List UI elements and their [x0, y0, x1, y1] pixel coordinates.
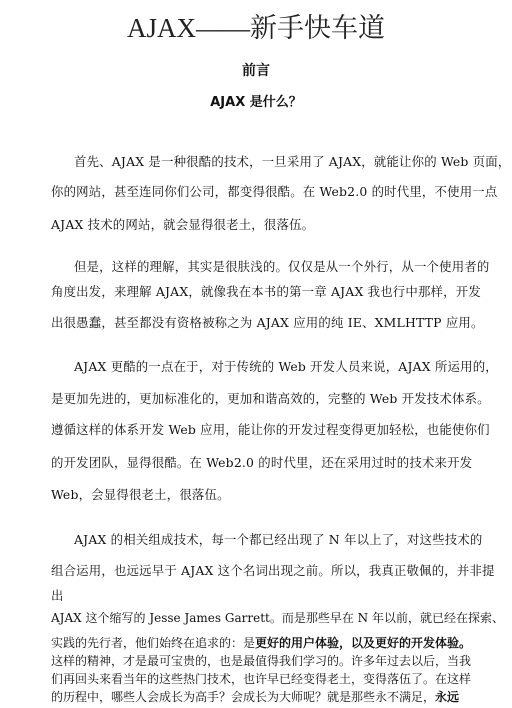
section-heading: 前言	[0, 60, 512, 80]
text-line: 遵循这样的体系开发 Web 应用，能让你的开发过程变得更加轻松，也能使你们	[51, 420, 490, 438]
section-subheading: AJAX 是什么？	[0, 91, 512, 110]
text-line: AJAX 的相关组成技术，每一个都已经出现了 N 年以上了，对这些技术的	[74, 530, 482, 548]
text-line: Web，会显得很老土，很落伍。	[51, 485, 230, 503]
text-line: 你的网站，甚至连同你们公司，都变得很酷。在 Web2.0 的时代里，不使用一点	[51, 182, 497, 200]
text-span: 实践的先行者，他们始终在追求的：是	[51, 636, 255, 650]
text-span: 的历程中，哪些人会成长为高手？会成长为大师呢？就是那些永不满足，	[51, 690, 435, 704]
text-line: 但是，这样的理解，其实是很肤浅的。仅仅是从一个外行，从一个使用者的	[74, 257, 490, 275]
text-line: AJAX 技术的网站，就会显得很老土，很落伍。	[51, 215, 314, 233]
text-line: 出很愚蠢，甚至都没有资格被称之为 AJAX 应用的纯 IE、XMLHTTP 应用…	[51, 313, 484, 331]
bold-emphasis: 更好的用户体验，以及更好的开发体验。	[255, 636, 471, 650]
text-line: 首先、AJAX 是一种很酷的技术，一旦采用了 AJAX，就能让你的 Web 页面…	[74, 152, 510, 170]
text-line: 们再回头来看当年的这些热门技术，也许早已经变得老土，变得落伍了。在这样	[51, 670, 471, 687]
text-line: AJAX 更酷的一点在于，对于传统的 Web 开发人员来说，AJAX 所运用的，	[74, 357, 498, 375]
text-line: 的历程中，哪些人会成长为高手？会成长为大师呢？就是那些永不满足，永远	[51, 688, 459, 705]
bold-emphasis: 永远	[435, 690, 459, 704]
text-line: 组合运用，也远远早于 AJAX 这个名词出现之前。所以，我真正敬佩的，并非提	[51, 561, 495, 579]
document-title: AJAX——新手快车道	[0, 6, 512, 45]
text-line: 角度出发，来理解 AJAX，就像我在本书的第一章 AJAX 我也行中那样，开发	[51, 282, 481, 300]
text-line: 实践的先行者，他们始终在追求的：是更好的用户体验，以及更好的开发体验。	[51, 634, 471, 651]
text-line: 这样的精神，才是最可宝贵的，也是最值得我们学习的。许多年过去以后，当我	[51, 652, 471, 669]
text-line: 的开发团队，显得很酷。在 Web2.0 的时代里，还在采用过时的技术来开发	[51, 453, 472, 471]
text-line: 是更加先进的，更加标准化的，更加和谐高效的，完整的 Web 开发技术体系。	[51, 389, 490, 407]
text-line: AJAX 这个缩写的 Jesse James Garrett。而是那些早在 N …	[51, 609, 504, 626]
text-line: 出	[51, 586, 64, 604]
